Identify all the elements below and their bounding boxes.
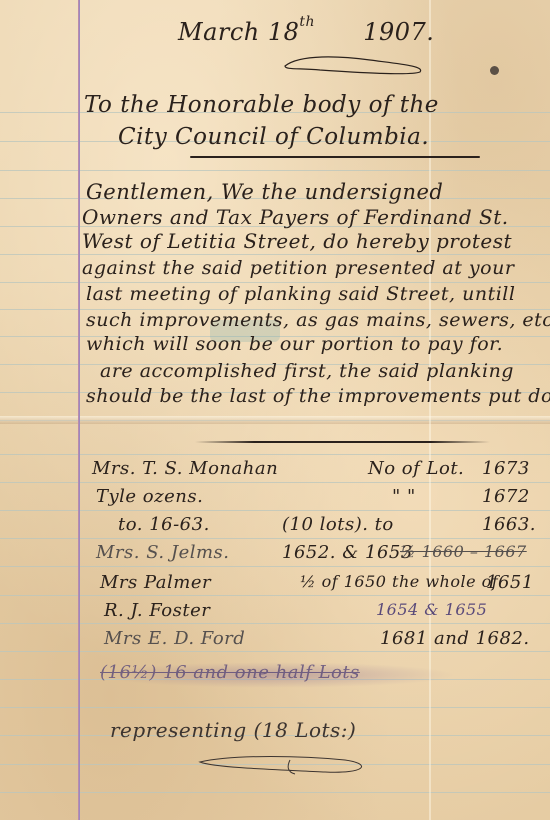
signatory-row: Mrs Palmer ½ of 1650 the whole of 1651: [0, 572, 550, 600]
salutation-underline: [190, 156, 480, 158]
paper-fold-horizontal: [0, 416, 550, 424]
body-line-3: West of Letitia Street, do hereby protes…: [82, 229, 512, 253]
date-flourish: [280, 52, 430, 76]
signatory-lot: 1681 and 1682.: [380, 628, 530, 649]
ruled-line: [0, 792, 550, 793]
signatory-row: Tyle ozens. " " 1672: [0, 486, 550, 514]
signatory-row: to. 16-63. (10 lots). to 1663.: [0, 514, 550, 542]
ruled-line: [0, 707, 550, 708]
signatory-name: Mrs Palmer: [100, 572, 211, 593]
body-line-6: such improvements, as gas mains, sewers,…: [86, 309, 550, 331]
body-line-4: against the said petition presented at y…: [82, 257, 514, 279]
signatory-lot-label: 1652. & 1653: [282, 542, 413, 563]
signatory-row: R. J. Foster 1654 & 1655: [0, 600, 550, 628]
ruled-line: [0, 254, 550, 255]
signatory-row: Mrs E. D. Ford 1681 and 1682.: [0, 628, 550, 656]
body-line-2: Owners and Tax Payers of Ferdinand St.: [82, 205, 509, 229]
body-line-1: Gentlemen, We the undersigned: [86, 180, 443, 204]
closing-line: representing (18 Lots:): [110, 718, 356, 742]
signatory-lot: 1673: [482, 458, 530, 479]
signatory-row: Mrs. S. Jelms. 1652. & 1653 ½ 1660 – 166…: [0, 542, 550, 570]
letter-page: March 18th 1907. To the Honorable body o…: [0, 0, 550, 820]
body-line-5: last meeting of planking said Street, un…: [86, 283, 515, 305]
salutation-line-1: To the Honorable body of the: [84, 92, 439, 118]
signatory-lot: 1672: [482, 486, 530, 507]
signatory-name: to. 16-63.: [118, 514, 210, 535]
section-divider: [195, 441, 490, 443]
signatory-lot-label: " ": [392, 486, 416, 507]
signatory-name: Mrs. S. Jelms.: [96, 542, 230, 563]
date-ordinal: th: [299, 14, 315, 30]
body-line-8: are accomplished first, the said plankin…: [100, 360, 514, 382]
closing-flourish: [195, 750, 375, 780]
signatory-row: Mrs. T. S. Monahan No of Lot. 1673: [0, 458, 550, 486]
signatory-lot-label: ½ of 1650 the whole of: [300, 572, 498, 591]
signatory-lot-label: No of Lot.: [368, 458, 464, 479]
signatory-name: Mrs E. D. Ford: [104, 628, 245, 649]
ruled-line: [0, 454, 550, 455]
signatory-lot: 1654 & 1655: [376, 600, 487, 619]
signatory-lot-label: (10 lots). to: [282, 514, 394, 535]
letter-date: March 18th 1907.: [178, 14, 434, 46]
punch-hole: [490, 66, 499, 75]
date-year: 1907.: [363, 18, 434, 46]
signatory-name: Tyle ozens.: [96, 486, 203, 507]
body-line-9: should be the last of the improvements p…: [86, 385, 550, 407]
signatory-lot-struck: ½ 1660 – 1667: [400, 542, 527, 561]
signatory-name: R. J. Foster: [104, 600, 210, 621]
body-line-7: which will soon be our portion to pay fo…: [86, 333, 503, 355]
signatory-lot: 1663.: [482, 514, 536, 535]
salutation-line-2: City Council of Columbia.: [118, 124, 429, 150]
struck-note: (16½) 16 and one half Lots: [100, 662, 360, 683]
date-text: March 18: [178, 18, 299, 46]
margin-line: [78, 0, 80, 820]
paper-fold-vertical: [429, 0, 431, 820]
signatory-lot: 1651: [486, 572, 534, 593]
ruled-line: [0, 170, 550, 171]
signatory-name: Mrs. T. S. Monahan: [92, 458, 278, 479]
